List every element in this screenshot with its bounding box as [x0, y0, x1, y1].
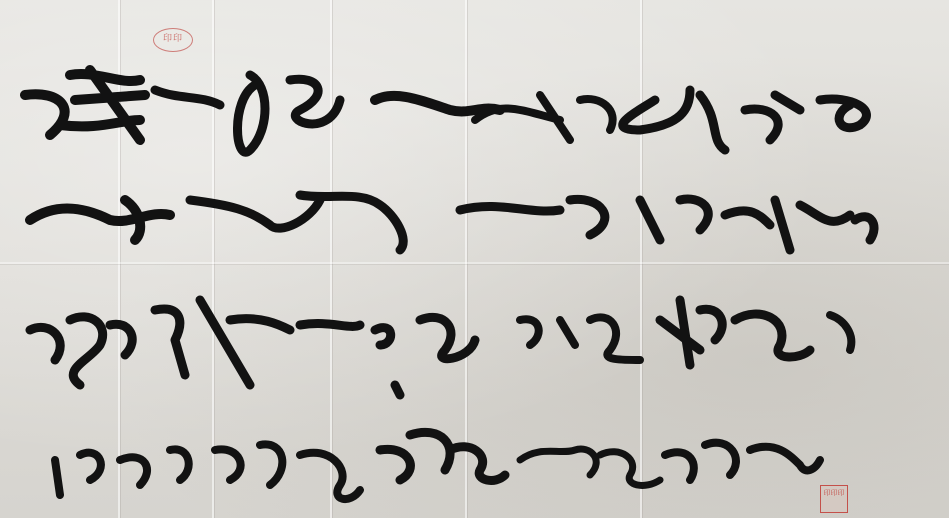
seal-stamp-top: 印印	[153, 28, 193, 52]
calligraphy-strokes	[0, 0, 949, 518]
calligraphy-artwork: 印印 印印印	[0, 0, 949, 518]
seal-glyphs: 印印印	[821, 488, 847, 499]
seal-glyphs: 印印	[154, 29, 192, 49]
seal-stamp-bottom: 印印印	[820, 485, 848, 513]
